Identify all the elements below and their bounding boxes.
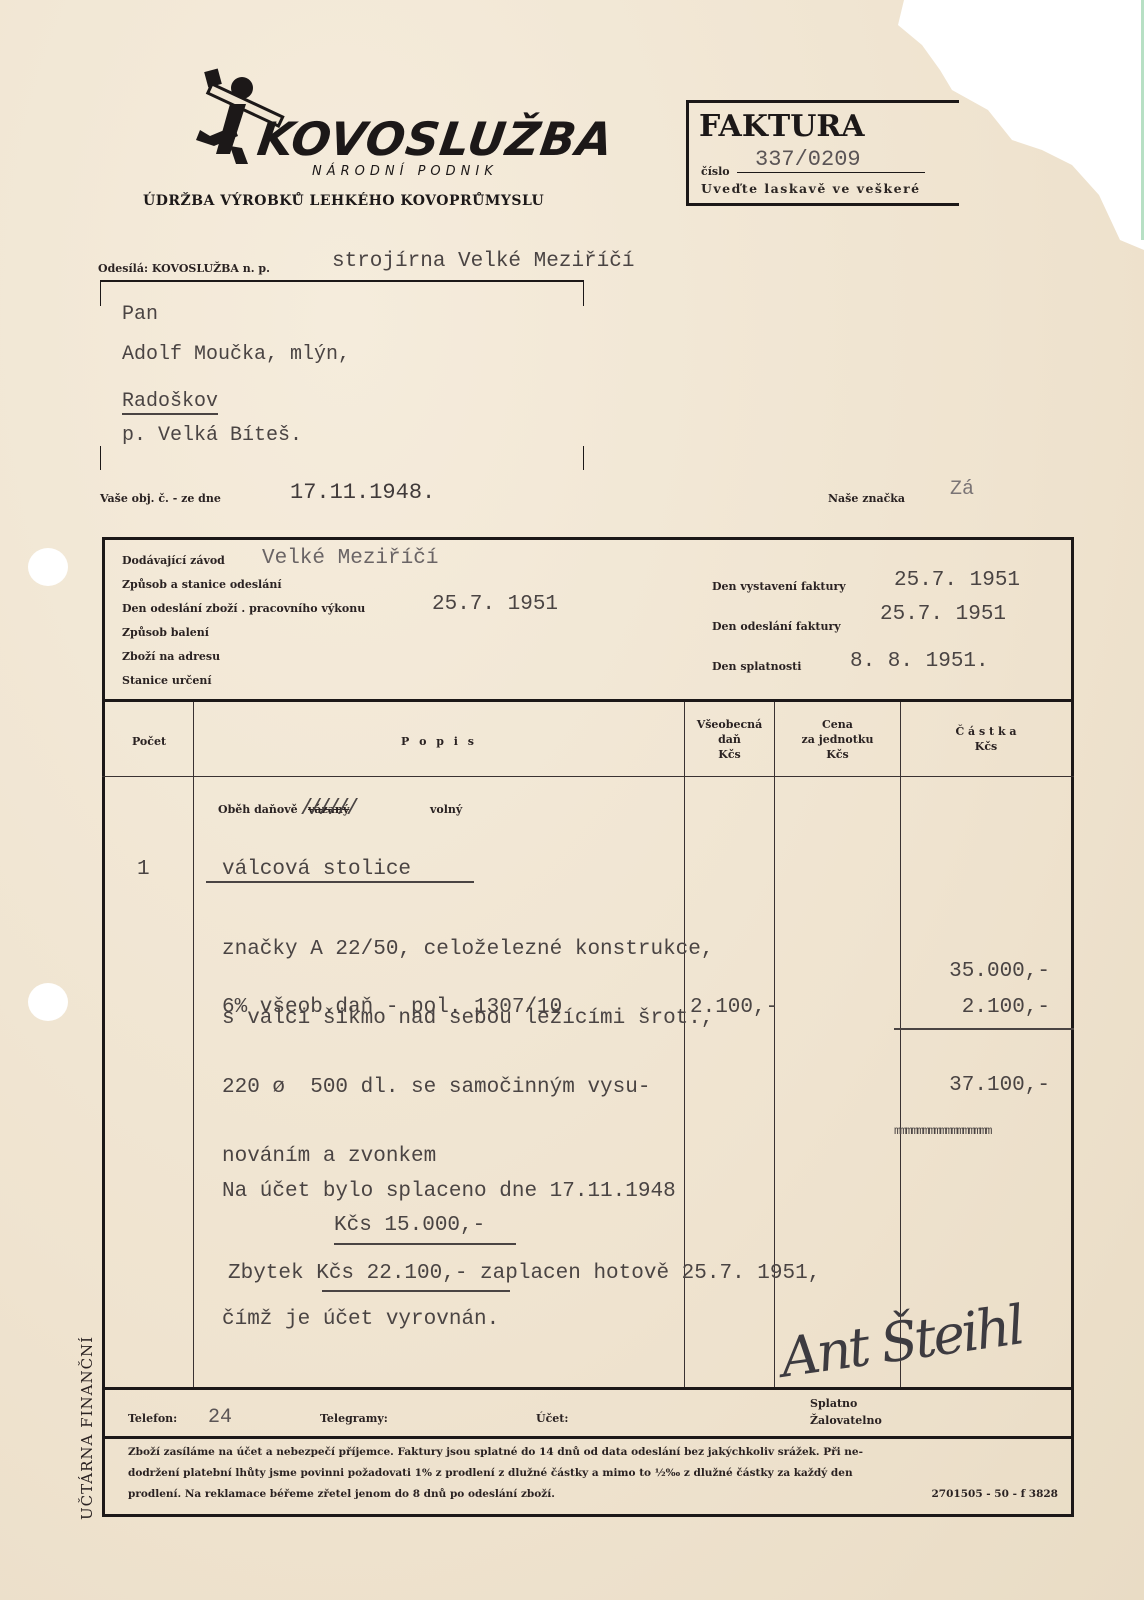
header-description: P o p i s [194,734,684,749]
shipping-method-label: Způsob a stanice odeslání [122,578,282,591]
header-amount: Č á s t k a Kčs [901,724,1071,754]
enforceable-label: Žalovatelno [810,1414,882,1427]
company-subtitle: NÁRODNÍ PODNIK [312,164,498,179]
item-line: 220 ø 500 dl. se samočinným vysu- [222,1076,713,1099]
terms-line: dodržení platební lhůty jsme povinni pož… [128,1463,1058,1484]
address-frame-corner [583,280,584,306]
invoice-sent-value: 25.7. 1951 [880,603,1006,626]
due-date-value: 8. 8. 1951. [850,650,989,673]
packing-label: Způsob balení [122,626,209,639]
header-count: Počet [105,734,193,749]
circulation-free: volný [430,803,462,816]
header-top-rule [102,699,1074,702]
item-count: 1 [137,858,150,881]
tax-line-tax: 2.100,- [690,996,778,1019]
invoice-number-label: číslo [701,165,730,178]
total-amount: 37.100,- [905,1074,1050,1097]
recipient-name: Adolf Moučka, mlýn, [122,343,350,366]
address-frame-top [100,280,584,282]
company-name: KOVOSLUŽBA [254,112,617,166]
footer-top-rule [102,1387,1074,1390]
table-bottom-border [102,1514,1074,1517]
margin-stamp: UČTÁRNA FINANČNÍ [78,1336,96,1520]
column-divider [900,702,901,1388]
punch-hole [28,983,68,1021]
address-frame-corner [100,280,101,306]
account-label: Účet: [536,1412,568,1425]
circulation-label: Oběh daňově [218,803,298,816]
payable-label: Splatno [810,1397,857,1410]
plant-label: Dodávající závod [122,554,225,567]
header-amount-line: Č á s t k a [901,724,1071,739]
sender-label: Odesílá: KOVOSLUŽBA n. p. [98,262,270,275]
payment-note-line2: Kčs 15.000,- [334,1214,516,1245]
terms-last-row: prodlení. Na reklamace béřeme zřetel jen… [128,1484,1058,1505]
payment-note-line4: čímž je účet vyrovnán. [222,1308,499,1331]
destination-station-label: Stanice určení [122,674,212,687]
invoice-note: Uveďte laskavě ve veškeré [701,181,921,196]
order-date: 17.11.1948. [290,480,435,505]
header-bottom-rule [102,776,1074,777]
payment-note-line3: Zbytek Kčs 22.100,- zaplacen hotově 25.7… [228,1262,820,1285]
form-code: 2701505 - 50 - f 3828 [932,1484,1059,1505]
dispatch-date-label: Den odeslání zboží . pracovního výkonu [122,602,365,615]
total-double-underline: mmmmmmmmmmmmmmmmm [894,1124,991,1138]
remainder-underline [322,1290,510,1292]
recipient-post: p. Velká Bíteš. [122,424,302,447]
column-divider [774,702,775,1388]
our-ref-value: Zá [950,478,974,501]
order-label: Vaše obj. č. - ze dne [100,492,221,505]
company-tagline: ÚDRŽBA VÝROBKŮ LEHKÉHO KOVOPRŮMYSLU [143,193,544,209]
issue-date-label: Den vystavení faktury [712,580,846,593]
table-right-border [1071,537,1074,1517]
table-top-border [102,537,1074,540]
header-unit-line: za jednotku [775,732,900,747]
header-amount-line: Kčs [901,739,1071,754]
our-ref-label: Naše značka [828,492,905,505]
header-unit-price: Cena za jednotku Kčs [775,717,900,762]
invoice-title: FAKTURA [699,109,865,144]
phone-value: 24 [208,1406,232,1429]
telegram-label: Telegramy: [320,1412,388,1425]
delivery-address-label: Zboží na adresu [122,650,220,663]
column-divider [193,702,194,1388]
punch-hole [28,548,68,586]
tax-line-text: 6% všeob.daň - pol. 1307/10 [222,996,562,1019]
invoice-number: 337/0209 [737,147,925,173]
invoice-number-box: FAKTURA číslo 337/0209 Uveďte laskavě ve… [686,100,959,206]
dispatch-date-value: 25.7. 1951 [432,593,558,616]
header-tax-line: daň [685,732,774,747]
sender-value: strojírna Velké Meziříčí [332,250,634,273]
header-unit-line: Kčs [775,747,900,762]
item-description: značky A 22/50, celoželezné konstrukce, … [222,892,713,1191]
address-frame-corner [100,446,101,470]
invoice-sent-label: Den odeslání faktury [712,620,841,633]
header-tax-line: Všeobecná [685,717,774,732]
issue-date-value: 25.7. 1951 [894,569,1020,592]
address-frame-corner [583,446,584,470]
terms-line: Zboží zasíláme na účet a nebezpečí příje… [128,1442,1058,1463]
header-tax-line: Kčs [685,747,774,762]
table-left-border [102,537,105,1517]
item-line: nováním a zvonkem [222,1145,713,1168]
item-title: válcová stolice [206,858,474,883]
terms-top-rule [102,1436,1074,1439]
strike-marks: ////// [300,796,355,821]
header-unit-line: Cena [775,717,900,732]
due-date-label: Den splatnosti [712,660,801,673]
payment-note-line1: Na účet bylo splaceno dne 17.11.1948 [222,1180,676,1203]
recipient-salutation: Pan [122,303,158,326]
item-line: značky A 22/50, celoželezné konstrukce, [222,938,713,961]
phone-label: Telefon: [128,1412,177,1425]
header-tax: Všeobecná daň Kčs [685,717,774,762]
tax-line-amount: 2.100,- [905,996,1050,1019]
recipient-town: Radoškov [122,390,218,415]
item-amount: 35.000,- [905,960,1050,983]
terms-text: Zboží zasíláme na účet a nebezpečí příje… [128,1442,1058,1505]
plant-value: Velké Meziříčí [262,547,438,570]
subtotal-rule [894,1028,1074,1030]
terms-line: prodlení. Na reklamace béřeme zřetel jen… [128,1484,555,1505]
